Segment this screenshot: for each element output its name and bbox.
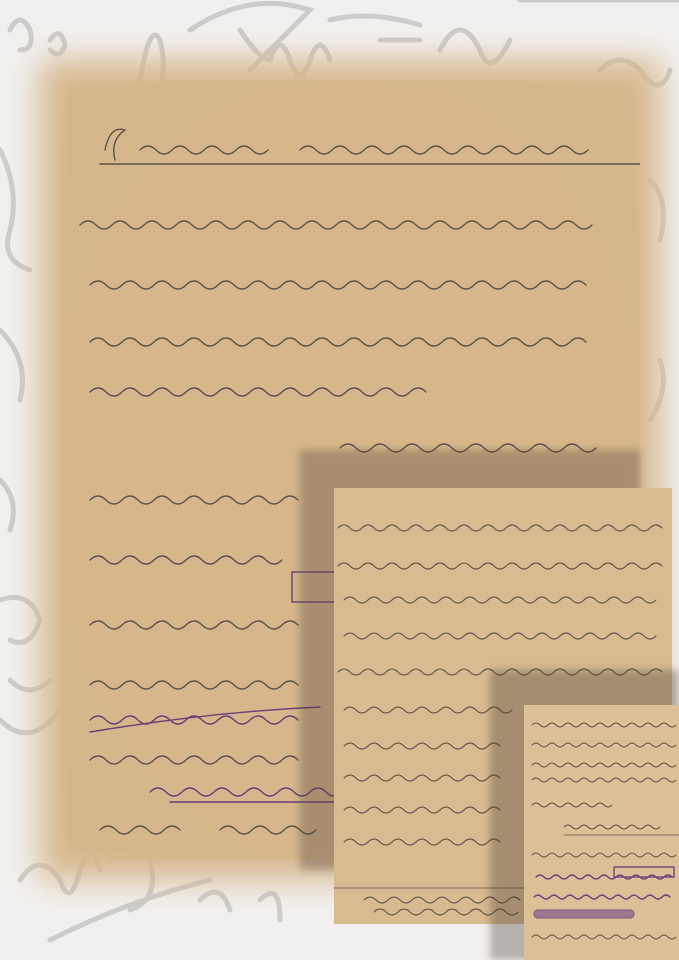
third-page-handwriting (524, 705, 679, 960)
manuscript-page-third (524, 705, 679, 960)
